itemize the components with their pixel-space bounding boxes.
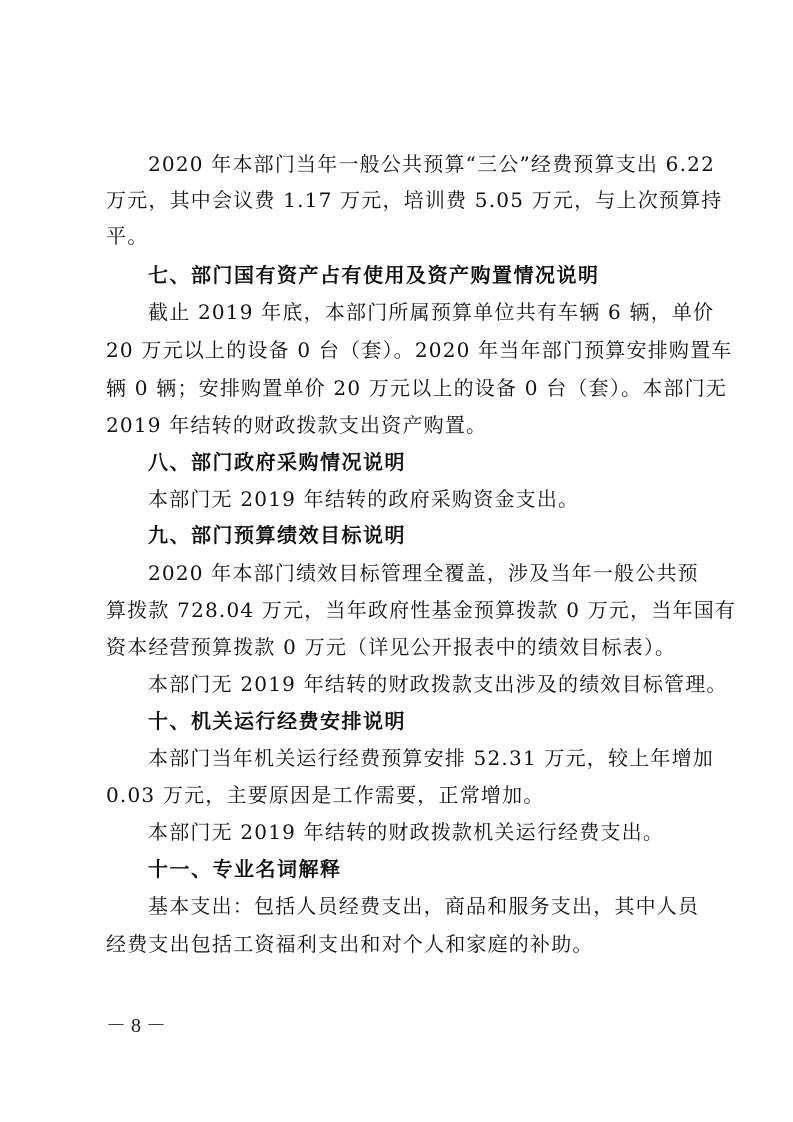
paragraph-line: 本部门当年机关运行经费预算安排 52.31 万元，较上年增加 — [148, 745, 696, 771]
paragraph-line: 本部门无 2019 年结转的政府采购资金支出。 — [148, 486, 696, 512]
paragraph-line: 万元，其中会议费 1.17 万元，培训费 5.05 万元，与上次预算持 — [106, 187, 696, 213]
paragraph-line: 2020 年本部门当年一般公共预算“三公”经费预算支出 6.22 — [148, 151, 696, 177]
section-heading-10: 十、机关运行经费安排说明 — [148, 708, 406, 734]
paragraph-line: 2019 年结转的财政拨款支出资产购置。 — [106, 412, 696, 438]
paragraph-line: 2020 年本部门绩效目标管理全覆盖，涉及当年一般公共预 — [148, 560, 696, 586]
paragraph-line: 截止 2019 年底，本部门所属预算单位共有车辆 6 辆，单价 — [148, 299, 696, 325]
paragraph-line: 平。 — [106, 223, 696, 249]
paragraph-line: 基本支出：包括人员经费支出，商品和服务支出，其中人员 — [148, 893, 696, 919]
section-heading-8: 八、部门政府采购情况说明 — [148, 449, 406, 475]
section-heading-9: 九、部门预算绩效目标说明 — [148, 522, 406, 548]
paragraph-line: 算拨款 728.04 万元，当年政府性基金预算拨款 0 万元，当年国有 — [106, 597, 696, 623]
section-heading-7: 七、部门国有资产占有使用及资产购置情况说明 — [148, 262, 600, 288]
paragraph-line: 资本经营预算拨款 0 万元（详见公开报表中的绩效目标表）。 — [106, 634, 696, 660]
paragraph-line: 辆 0 辆；安排购置单价 20 万元以上的设备 0 台（套）。本部门无 — [106, 375, 696, 401]
paragraph-line: 20 万元以上的设备 0 台（套）。2020 年当年部门预算安排购置车 — [106, 337, 696, 363]
paragraph-line: 本部门无 2019 年结转的财政拨款支出涉及的绩效目标管理。 — [148, 671, 696, 697]
document-page: 2020 年本部门当年一般公共预算“三公”经费预算支出 6.22 万元，其中会议… — [0, 0, 793, 1122]
paragraph-line: 经费支出包括工资福利支出和对个人和家庭的补助。 — [106, 931, 696, 957]
paragraph-line: 本部门无 2019 年结转的财政拨款机关运行经费支出。 — [148, 819, 696, 845]
paragraph-line: 0.03 万元，主要原因是工作需要，正常增加。 — [106, 782, 696, 808]
section-heading-11: 十一、专业名词解释 — [148, 856, 342, 882]
page-number: － 8 － — [106, 1014, 166, 1038]
